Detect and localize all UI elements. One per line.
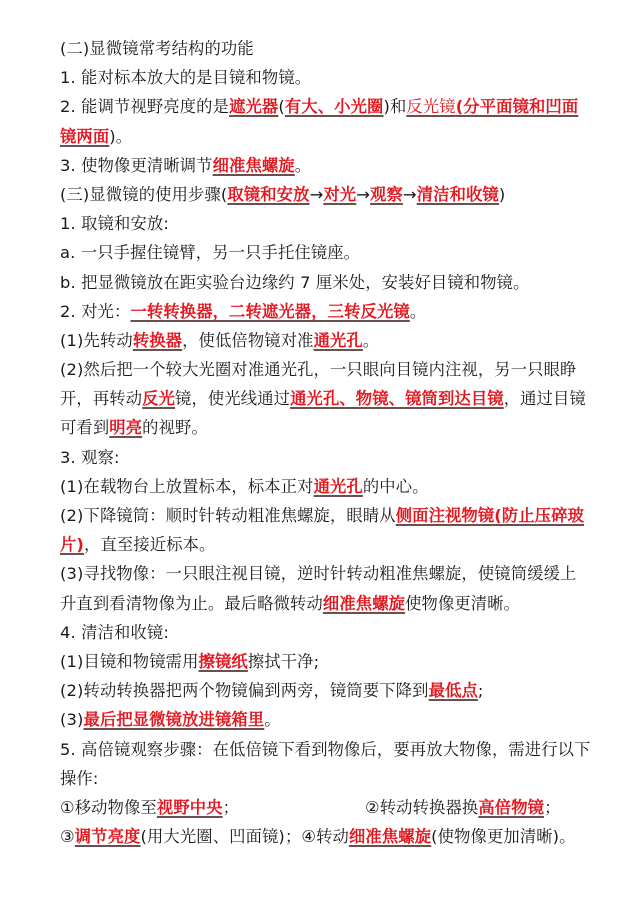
text-segment: 。 (264, 710, 280, 729)
text-line: 操作: (60, 764, 584, 793)
text-segment: 。 (410, 302, 426, 321)
text-segment: 的视野。 (142, 418, 208, 437)
highlighted-keyword: 细准焦螺旋 (349, 827, 431, 846)
text-segment: 1. 能对标本放大的是目镜和物镜。 (60, 68, 311, 87)
highlighted-keyword: 有大、小光圈 (285, 97, 384, 116)
step-2: ②转动转换器换高倍物镜； (365, 793, 561, 822)
text-segment: (2)下降镜筒：顺时针转动粗准焦螺旋，眼睛从 (60, 506, 396, 525)
text-line: 2. 能调节视野亮度的是遮光器(有大、小光圈)和反光镜(分平面镜和凹面 (60, 92, 584, 121)
highlighted-keyword: 转换器 (133, 331, 182, 350)
highlighted-keyword: 视野中央 (157, 798, 223, 817)
text-segment: a. 一只手握住镜臂，另一只手托住镜座。 (60, 243, 360, 262)
document-page: (二)显微镜常考结构的功能1. 能对标本放大的是目镜和物镜。2. 能调节视野亮度… (0, 0, 640, 851)
text-segment: ，通过目镜 (504, 389, 586, 408)
step-1: ①移动物像至视野中央； (60, 798, 239, 817)
text-segment: 镜，使光线通过 (175, 389, 290, 408)
text-segment: → (310, 185, 324, 204)
text-line: (二)显微镜常考结构的功能 (60, 34, 584, 63)
text-line: (三)显微镜的使用步骤(取镜和安放→对光→观察→清洁和收镜) (60, 180, 584, 209)
step-row-1: ①移动物像至视野中央； ②转动转换器换高倍物镜； (60, 793, 584, 822)
text-segment: (用大光圈、凹面镜)；④转动 (140, 827, 349, 846)
text-segment: 可看到 (60, 418, 109, 437)
text-segment: 擦拭干净; (248, 652, 319, 671)
highlighted-keyword: 一转转换器，二转遮光器，三转反光镜 (130, 302, 409, 321)
text-segment: ) (499, 185, 506, 204)
text-segment: (三)显微镜的使用步骤( (60, 185, 227, 204)
highlighted-keyword: 最低点 (429, 681, 478, 700)
text-segment: 3. 使物像更清晰调节 (60, 156, 213, 175)
text-line: 1. 能对标本放大的是目镜和物镜。 (60, 63, 584, 92)
highlighted-keyword: 观察 (370, 185, 403, 204)
text-line: 升直到看清物像为止。最后略微转动细准焦螺旋使物像更清晰。 (60, 589, 584, 618)
highlighted-keyword: 明亮 (109, 418, 142, 437)
highlighted-keyword: (分平面镜和凹面 (456, 97, 579, 116)
text-segment: 使物像更清晰。 (405, 594, 520, 613)
text-segment: ； (544, 798, 560, 817)
text-line: 3. 观察: (60, 443, 584, 472)
highlighted-keyword: 最后把显微镜放进镜箱里 (84, 710, 265, 729)
text-segment: (1)在载物台上放置标本，标本正对 (60, 477, 314, 496)
text-segment: (3) (60, 710, 84, 729)
text-segment: 4. 清洁和收镜: (60, 623, 169, 642)
text-segment: → (356, 185, 370, 204)
text-segment: 5. 高倍镜观察步骤：在低倍镜下看到物像后，要再放大物像，需进行以下 (60, 740, 591, 759)
highlighted-keyword: 反光镜 (406, 97, 455, 116)
text-line: 3. 使物像更清晰调节细准焦螺旋。 (60, 151, 584, 180)
highlighted-keyword: 镜两面 (60, 127, 109, 146)
text-segment: (1)先转动 (60, 331, 133, 350)
text-segment: ; (478, 681, 484, 700)
highlighted-keyword: 高倍物镜 (478, 798, 544, 817)
text-line: 5. 高倍镜观察步骤：在低倍镜下看到物像后，要再放大物像，需进行以下 (60, 735, 584, 764)
text-segment: ，直至接近标本。 (84, 535, 215, 554)
highlighted-keyword: 取镜和安放 (227, 185, 309, 204)
highlighted-keyword: 侧面注视物镜(防止压碎玻 (396, 506, 584, 525)
text-segment: 。 (363, 331, 379, 350)
highlighted-keyword: 细准焦螺旋 (213, 156, 295, 175)
highlighted-keyword: 通光孔 (314, 331, 363, 350)
text-line: 2. 对光：一转转换器，二转遮光器，三转反光镜。 (60, 297, 584, 326)
text-line: (1)目镜和物镜需用擦镜纸擦拭干净; (60, 647, 584, 676)
text-segment: ，使低倍物镜对准 (182, 331, 313, 350)
text-line: (3)最后把显微镜放进镜箱里。 (60, 705, 584, 734)
text-line: (2)转动转换器把两个物镜偏到两旁，镜筒要下降到最低点; (60, 676, 584, 705)
step-row-2: ③调节亮度(用大光圈、凹面镜)；④转动细准焦螺旋(使物像更加清晰)。 (60, 822, 584, 851)
highlighted-keyword: 擦镜纸 (199, 652, 248, 671)
text-segment: (2)然后把一个较大光圈对准通光孔，一只眼向目镜内注视，另一只眼睁 (60, 360, 576, 379)
text-segment: 3. 观察: (60, 448, 120, 467)
text-line: (1)在载物台上放置标本，标本正对通光孔的中心。 (60, 472, 584, 501)
text-segment: 的中心。 (363, 477, 429, 496)
text-segment: ； (223, 798, 239, 817)
text-segment: ①移动物像至 (60, 798, 157, 817)
highlighted-keyword: 通光孔、物镜、镜筒到达目镜 (290, 389, 504, 408)
text-segment: 开，再转动 (60, 389, 142, 408)
text-segment: 操作: (60, 769, 99, 788)
text-segment: (二)显微镜常考结构的功能 (60, 39, 254, 58)
highlighted-keyword: 对光 (323, 185, 356, 204)
document-body: (二)显微镜常考结构的功能1. 能对标本放大的是目镜和物镜。2. 能调节视野亮度… (60, 34, 584, 793)
text-segment: (2)转动转换器把两个物镜偏到两旁，镜筒要下降到 (60, 681, 429, 700)
highlighted-keyword: 通光孔 (314, 477, 363, 496)
text-line: (1)先转动转换器，使低倍物镜对准通光孔。 (60, 326, 584, 355)
highlighted-keyword: 反光 (142, 389, 175, 408)
highlighted-keyword: 清洁和收镜 (417, 185, 499, 204)
highlighted-keyword: 片) (60, 535, 84, 554)
text-segment: (使物像更加清晰)。 (431, 827, 575, 846)
text-segment: 2. 能调节视野亮度的是 (60, 97, 229, 116)
highlighted-keyword: 遮光器 (229, 97, 278, 116)
text-line: 4. 清洁和收镜: (60, 618, 584, 647)
text-line: (3)寻找物像：一只眼注视目镜，逆时针转动粗准焦螺旋，使镜筒缓缓上 (60, 559, 584, 588)
text-segment: )和 (383, 97, 406, 116)
text-line: b. 把显微镜放在距实验台边缘约 7 厘米处，安装好目镜和物镜。 (60, 268, 584, 297)
text-segment: 。 (295, 156, 311, 175)
text-segment: ②转动转换器换 (365, 798, 478, 817)
text-segment: (3)寻找物像：一只眼注视目镜，逆时针转动粗准焦螺旋，使镜筒缓缓上 (60, 564, 576, 583)
text-segment: 2. 对光： (60, 302, 130, 321)
text-segment: b. 把显微镜放在距实验台边缘约 7 厘米处，安装好目镜和物镜。 (60, 273, 530, 292)
text-line: 开，再转动反光镜，使光线通过通光孔、物镜、镜筒到达目镜，通过目镜 (60, 384, 584, 413)
text-line: 镜两面)。 (60, 122, 584, 151)
text-segment: (1)目镜和物镜需用 (60, 652, 199, 671)
text-segment: 1. 取镜和安放: (60, 214, 169, 233)
highlighted-keyword: 调节亮度 (75, 827, 141, 846)
text-segment: )。 (109, 127, 132, 146)
text-line: 1. 取镜和安放: (60, 209, 584, 238)
text-line: 可看到明亮的视野。 (60, 413, 584, 442)
text-line: 片)，直至接近标本。 (60, 530, 584, 559)
text-segment: → (403, 185, 417, 204)
text-line: (2)下降镜筒：顺时针转动粗准焦螺旋，眼睛从侧面注视物镜(防止压碎玻 (60, 501, 584, 530)
text-line: a. 一只手握住镜臂，另一只手托住镜座。 (60, 238, 584, 267)
text-segment: 升直到看清物像为止。最后略微转动 (60, 594, 323, 613)
text-line: (2)然后把一个较大光圈对准通光孔，一只眼向目镜内注视，另一只眼睁 (60, 355, 584, 384)
highlighted-keyword: 细准焦螺旋 (323, 594, 405, 613)
text-segment: ③ (60, 827, 75, 846)
